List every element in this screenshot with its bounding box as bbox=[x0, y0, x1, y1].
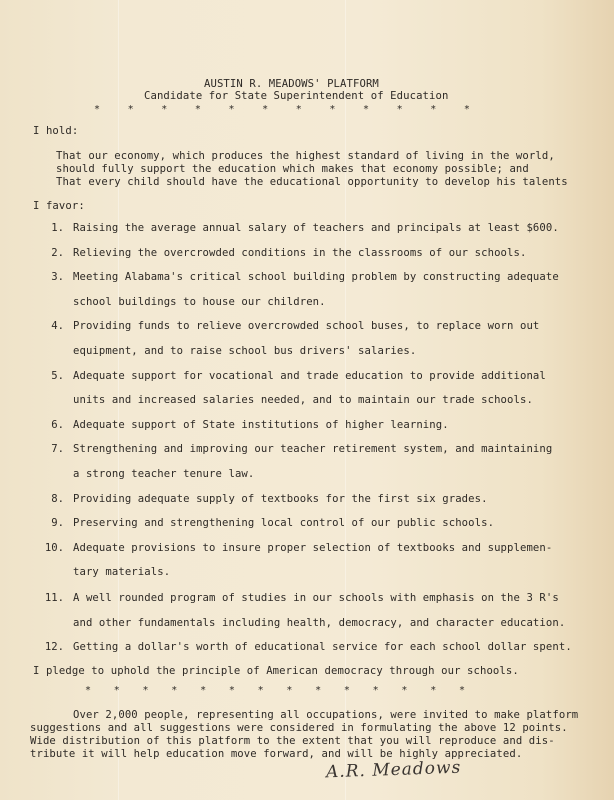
item-number: 10. bbox=[42, 542, 64, 554]
closing-line: Wide distribution of this platform to th… bbox=[30, 735, 555, 747]
item-number: 3. bbox=[42, 271, 64, 283]
item-number: 6. bbox=[42, 419, 64, 431]
pledge-text: I pledge to uphold the principle of Amer… bbox=[33, 665, 519, 677]
favor-label: I favor: bbox=[33, 200, 85, 212]
item-number: 8. bbox=[42, 493, 64, 505]
item-text: units and increased salaries needed, and… bbox=[73, 394, 533, 406]
hold-line: That our economy, which produces the hig… bbox=[56, 150, 555, 162]
item-text: Raising the average annual salary of tea… bbox=[73, 222, 559, 234]
item-text: Providing funds to relieve overcrowded s… bbox=[73, 320, 539, 332]
document-subtitle: Candidate for State Superintendent of Ed… bbox=[144, 90, 448, 102]
item-text: and other fundamentals including health,… bbox=[73, 617, 565, 629]
item-number: 11. bbox=[42, 592, 64, 604]
item-text: Adequate support of State institutions o… bbox=[73, 419, 449, 431]
item-text: Preserving and strengthening local contr… bbox=[73, 517, 494, 529]
item-text: Strengthening and improving our teacher … bbox=[73, 443, 552, 455]
item-number: 4. bbox=[42, 320, 64, 332]
hold-label: I hold: bbox=[33, 125, 78, 137]
document-page: AUSTIN R. MEADOWS' PLATFORM Candidate fo… bbox=[0, 0, 614, 800]
item-text: school buildings to house our children. bbox=[73, 296, 326, 308]
item-number: 12. bbox=[42, 641, 64, 653]
item-text: Getting a dollar's worth of educational … bbox=[73, 641, 572, 653]
star-separator-top: ************ bbox=[94, 104, 470, 115]
item-text: Adequate provisions to insure proper sel… bbox=[73, 542, 552, 554]
item-text: Adequate support for vocational and trad… bbox=[73, 370, 546, 382]
item-text: Providing adequate supply of textbooks f… bbox=[73, 493, 488, 505]
document-title: AUSTIN R. MEADOWS' PLATFORM bbox=[204, 78, 379, 90]
item-number: 5. bbox=[42, 370, 64, 382]
hold-line: should fully support the education which… bbox=[56, 163, 529, 175]
item-text: Relieving the overcrowded conditions in … bbox=[73, 247, 526, 259]
item-number: 7. bbox=[42, 443, 64, 455]
item-number: 1. bbox=[42, 222, 64, 234]
hold-line: That every child should have the educati… bbox=[56, 176, 568, 188]
item-number: 9. bbox=[42, 517, 64, 529]
star-separator-bottom: ************** bbox=[85, 685, 465, 696]
item-text: a strong teacher tenure law. bbox=[73, 468, 254, 480]
closing-line: Over 2,000 people, representing all occu… bbox=[73, 709, 578, 721]
item-text: tary materials. bbox=[73, 566, 170, 578]
item-text: Meeting Alabama's critical school buildi… bbox=[73, 271, 559, 283]
closing-line: suggestions and all suggestions were con… bbox=[30, 722, 568, 734]
item-text: equipment, and to raise school bus drive… bbox=[73, 345, 416, 357]
signature: A.R. Meadows bbox=[326, 758, 462, 783]
item-text: A well rounded program of studies in our… bbox=[73, 592, 559, 604]
item-number: 2. bbox=[42, 247, 64, 259]
